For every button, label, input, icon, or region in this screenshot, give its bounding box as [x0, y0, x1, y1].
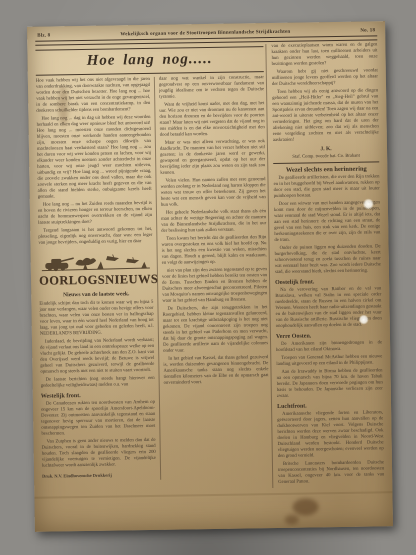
verre-oosten-heading: Verre Oosten. — [276, 332, 382, 340]
body-paragraph: van de executieplaatsen warm waren en de… — [271, 42, 377, 68]
luchtfront-heading: Luchtfront. — [277, 402, 383, 410]
warnews-subheading: Nieuws van de laatste week. — [39, 291, 153, 299]
body-paragraph: De geallieerde artilleristen, die over d… — [273, 174, 379, 200]
body-paragraph: Want de vrijheid komt nader, met den dag… — [159, 101, 265, 139]
westelijk-front-heading: Westelijk front. — [41, 392, 155, 400]
paper-stain — [285, 515, 299, 525]
wezel-heading: Wezel slechts een herinnering — [273, 161, 379, 173]
column-1: Hoe vaak hebben wij het ons niet afgevra… — [36, 77, 160, 482]
left-column-group: Hoe lang nog..... Hoe vaak hebben wij he… — [35, 44, 270, 491]
column-2: daar nog wat wankel in zijn constructie,… — [154, 75, 270, 480]
war-illustration-icon — [40, 251, 152, 275]
glare-spot — [359, 315, 369, 325]
body-paragraph: daar nog wat wankel in zijn constructie,… — [159, 75, 264, 101]
body-paragraph: De laatste berichten (nog steeds hangt h… — [41, 376, 155, 390]
body-paragraph: Onder de puinen liggen nog duizenden doo… — [275, 244, 381, 276]
body-paragraph: In het gebied van Kassel, dat thans gehe… — [163, 355, 268, 387]
body-paragraph: Toen hebben wij als eenig antwoord op di… — [272, 88, 379, 144]
body-paragraph: Troepen van Generaal McArthur hebben een… — [276, 354, 382, 368]
printer-imprint: Druk. N.V. Eindhovensche Drukkerij — [42, 472, 156, 480]
page-number: Blz. 8 — [37, 33, 50, 38]
body-paragraph: Van Zutphen is geen ander nieuws te meld… — [42, 438, 156, 470]
body-paragraph: Inderdaad, de bevrijding van Nederland w… — [40, 338, 155, 376]
body-paragraph: Toen kwam het bericht dat de geallieerde… — [161, 235, 266, 267]
glare-spot — [363, 198, 374, 209]
body-paragraph: Maar er was niet alleen verwachting, er … — [160, 139, 266, 177]
oorlogsnieuws-title: OORLOGSNIEUWS — [39, 272, 153, 289]
oorlogsnieuws-masthead: OORLOGSNIEUWS — [39, 251, 154, 289]
body-paragraph: Hoe lang nog ... dag in dag uit hebben w… — [36, 115, 151, 201]
body-paragraph: Britsche Lancasters bombardeerden Duitsc… — [278, 460, 384, 486]
fold-line — [34, 491, 392, 499]
body-paragraph: Hoe lang nog ... nu het Zuiden reeds maa… — [38, 201, 152, 227]
article-headline: Hoe lang nog..... — [35, 46, 263, 76]
issue-number: No. 18 — [360, 28, 375, 33]
columns: Hoe lang nog..... Hoe vaak hebben wij he… — [35, 42, 384, 491]
body-paragraph: Het geheele Nederlandsche volk staat tha… — [161, 209, 266, 235]
body-paragraph: De Amerikanen zijn binnengedrongen in de… — [276, 340, 382, 354]
body-paragraph: niet van plan zijn den zwaren tegenstand… — [162, 267, 268, 305]
paper-stain — [293, 498, 319, 515]
photo-background: Blz. 8 Wekelijksch orgaan voor de Stoott… — [0, 0, 416, 555]
body-paragraph: Velen vielen. Hun namen zullen met eere … — [160, 177, 265, 209]
body-paragraph: Aan de Irrawaddy in Birma hebben de geal… — [276, 368, 382, 400]
column-3: van de executieplaatsen warm waren en de… — [265, 42, 384, 487]
body-paragraph: Waarom hebt gij niet geschreeuwd voordat… — [272, 68, 378, 88]
newspaper-page: Blz. 8 Wekelijksch orgaan voor de Stoott… — [27, 21, 393, 532]
body-paragraph: Eindelijk schijnt dan toch dit te komen … — [39, 300, 154, 338]
body-paragraph: Hoe vaak hebben wij het ons niet afgevra… — [36, 77, 151, 115]
body-paragraph: De Canadeezen rukten ten noordwesten van… — [41, 400, 156, 438]
body-paragraph: Amerikaansche vliegende forten en Libera… — [277, 410, 384, 460]
oostelijk-front-heading: Oostelijk front. — [275, 278, 381, 286]
author-unit-line: Staf. Comp. tweede bat. Co. Brabant — [273, 152, 379, 159]
body-paragraph: De Duitschers, die zijn teruggetrokken i… — [162, 305, 268, 355]
body-paragraph: Tergend langzaam is het antwoord gekomen… — [38, 227, 152, 247]
